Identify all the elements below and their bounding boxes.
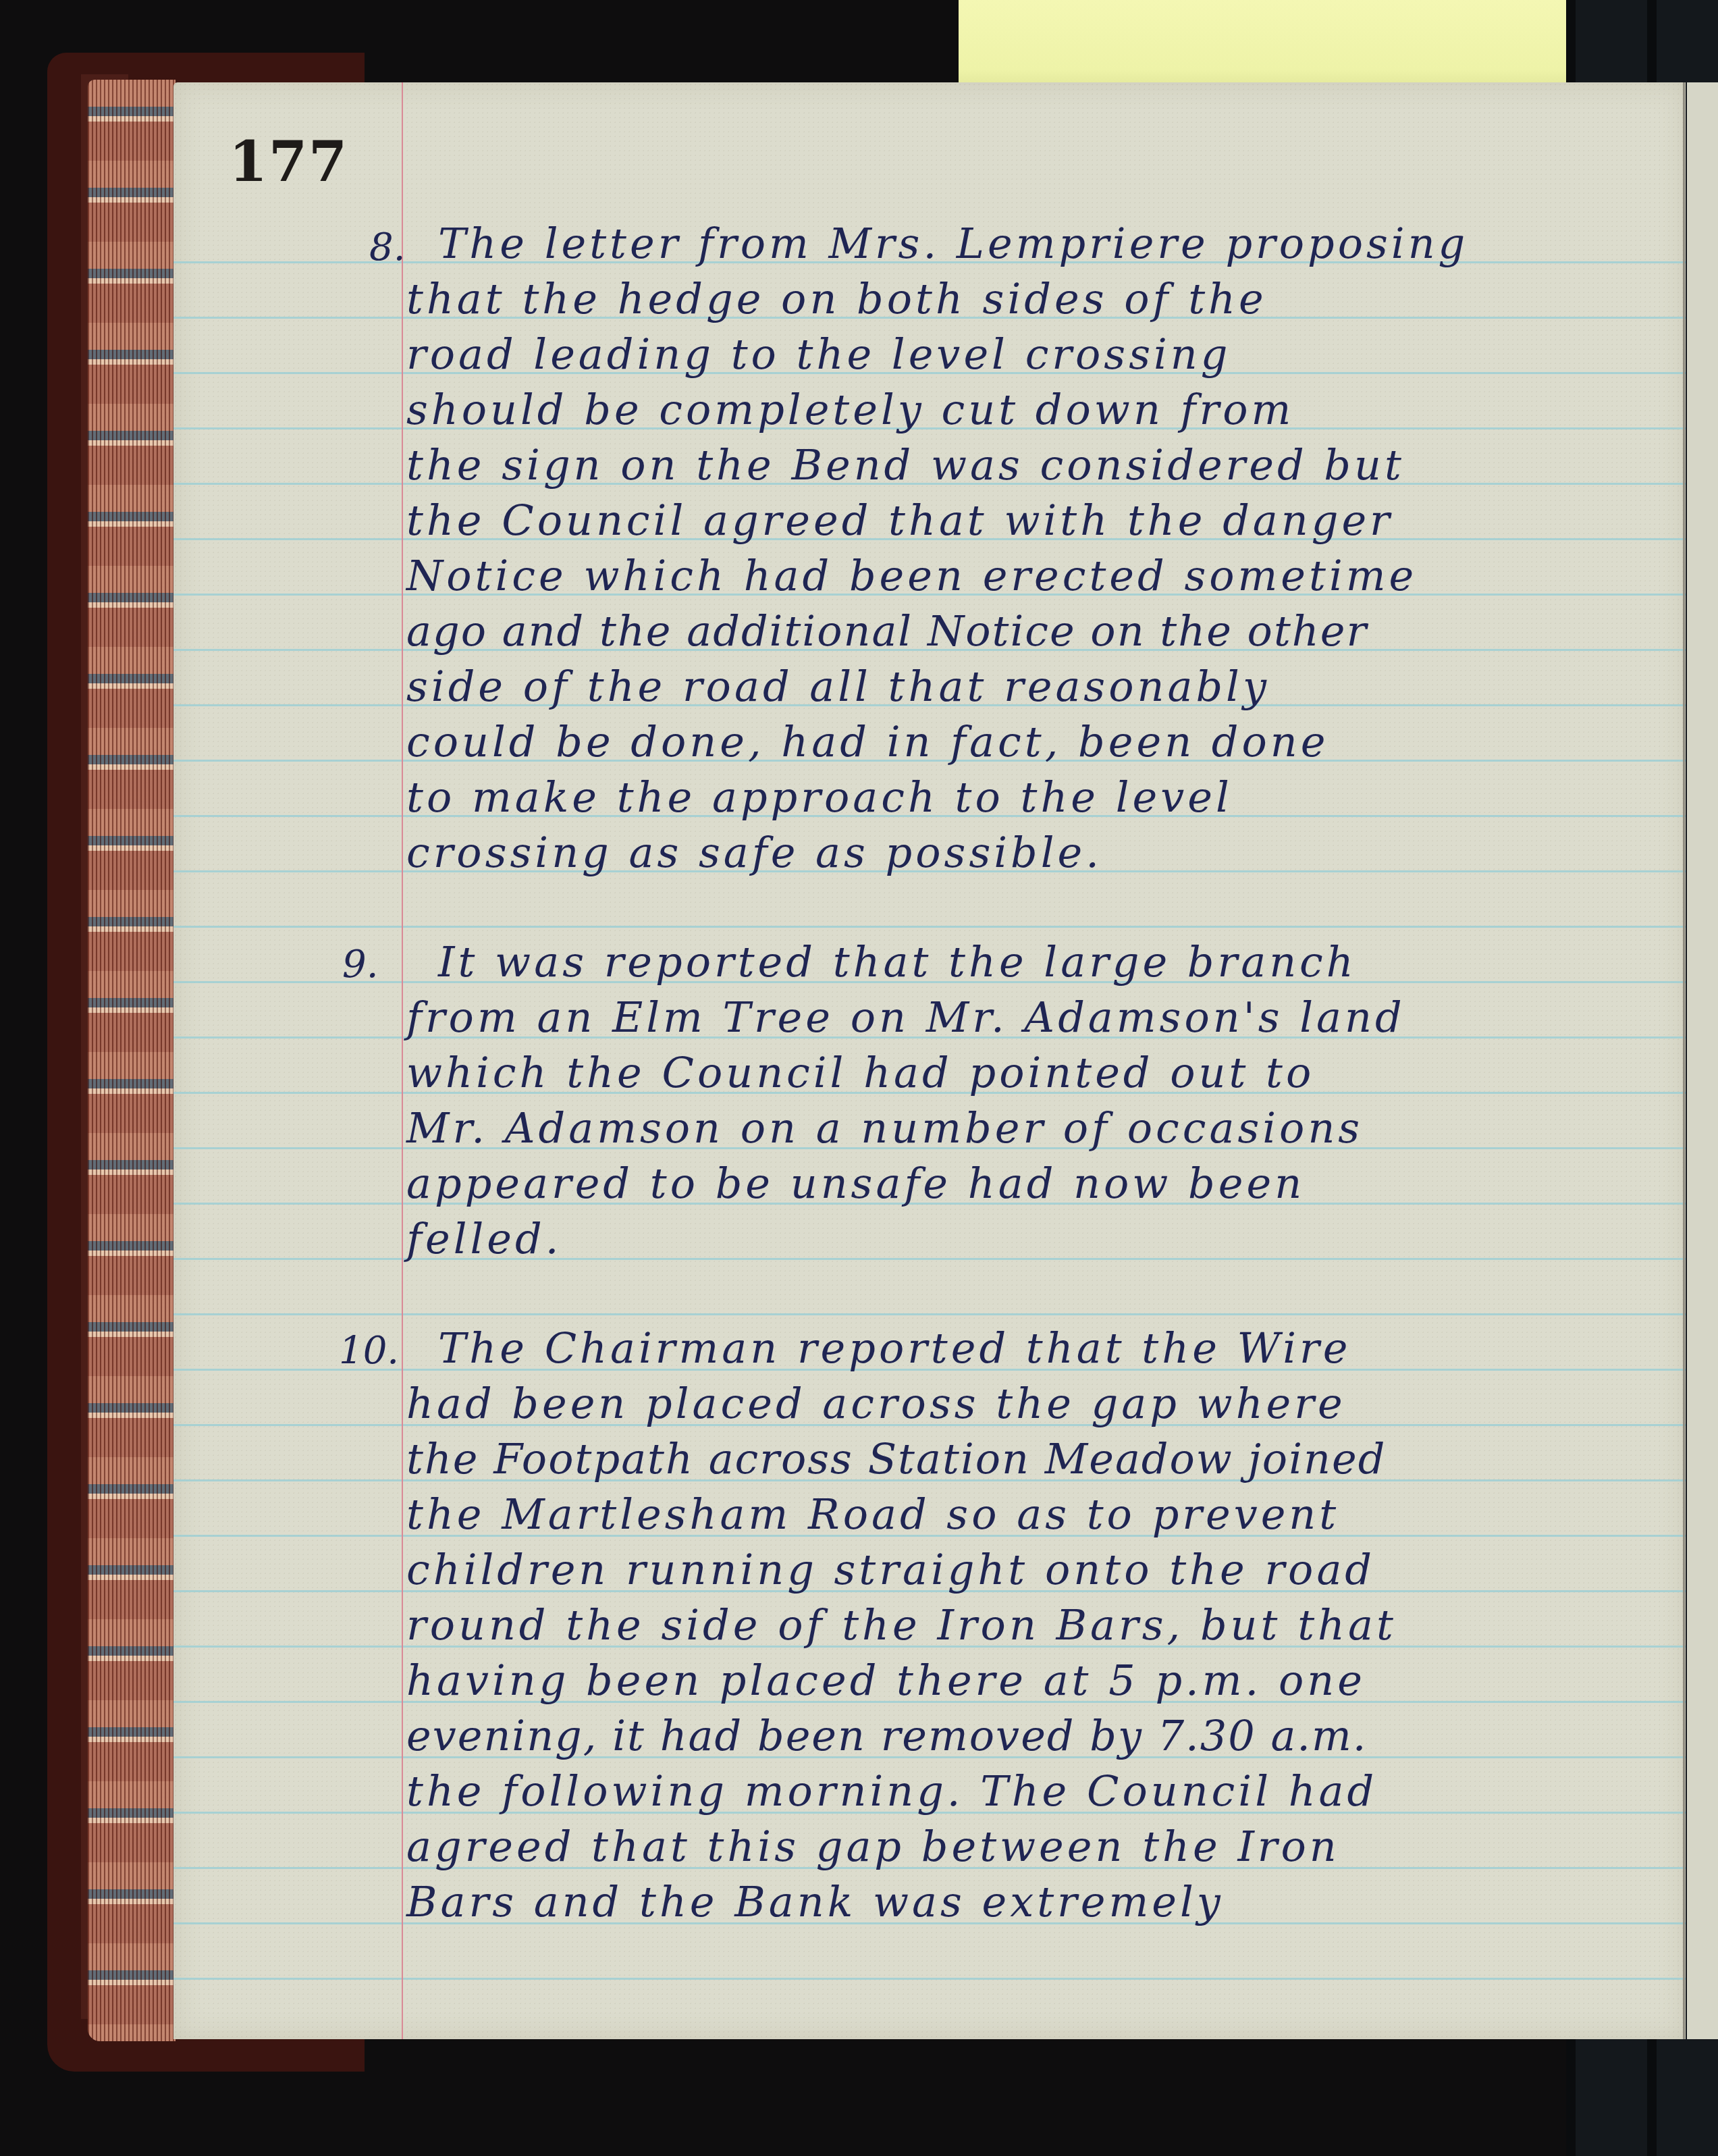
ruled-line (173, 1978, 1686, 1980)
item-number: 10. (339, 1329, 399, 1373)
minute-line: the Footpath across Station Meadow joine… (406, 1438, 1386, 1480)
minute-line: evening, it had been removed by 7.30 a.m… (406, 1715, 1368, 1757)
minute-line: from an Elm Tree on Mr. Adamson's land (406, 997, 1405, 1038)
minute-line: appeared to be unsafe had now been (406, 1163, 1305, 1205)
minute-line: The letter from Mrs. Lempriere proposing (438, 223, 1468, 265)
minute-line: felled. (406, 1218, 562, 1260)
item-number: 8. (369, 226, 405, 269)
minute-line: side of the road all that reasonably (406, 666, 1270, 708)
page-fold-crease (1683, 82, 1685, 2039)
minute-line: Bars and the Bank was extremely (406, 1881, 1224, 1923)
minute-line: that the hedge on both sides of the (406, 278, 1267, 320)
minute-line: crossing as safe as possible. (406, 832, 1102, 874)
minute-line: which the Council had pointed out to (406, 1052, 1314, 1094)
minute-line: the Martlesham Road so as to prevent (406, 1494, 1339, 1535)
minute-line: road leading to the level crossing (406, 334, 1231, 375)
marbled-page-edges (88, 80, 176, 2041)
minute-line: could be done, had in fact, been done (406, 721, 1328, 763)
ruled-line (173, 926, 1686, 928)
adjacent-page-edge (1687, 82, 1718, 2039)
minute-line: ago and the additional Notice on the oth… (406, 610, 1368, 652)
red-margin-line (402, 82, 403, 2039)
minute-line: children running straight onto the road (406, 1549, 1375, 1591)
minute-line: the following morning. The Council had (406, 1770, 1377, 1812)
minute-line: The Chairman reported that the Wire (438, 1327, 1351, 1369)
minute-line: the sign on the Bend was considered but (406, 444, 1405, 486)
page-number: 177 (229, 130, 348, 194)
sticky-note-tab (959, 0, 1566, 86)
item-number: 9. (342, 943, 378, 987)
minute-line: agreed that this gap between the Iron (406, 1826, 1340, 1868)
minute-line: having been placed there at 5 p.m. one (406, 1660, 1366, 1702)
ruled-line (173, 1258, 1686, 1260)
minute-line: should be completely cut down from (406, 389, 1294, 431)
minute-line: had been placed across the gap where (406, 1383, 1346, 1425)
ruled-line (173, 1313, 1686, 1315)
minute-line: Mr. Adamson on a number of occasions (406, 1107, 1363, 1149)
minute-line: round the side of the Iron Bars, but tha… (406, 1604, 1397, 1646)
minute-line: to make the approach to the level (406, 777, 1233, 818)
minute-line: It was reported that the large branch (438, 941, 1357, 983)
minute-line: Notice which had been erected sometime (406, 555, 1417, 597)
ledger-page: 177 8. The letter from Mrs. Lempriere pr… (173, 82, 1686, 2039)
minute-line: the Council agreed that with the danger (406, 500, 1393, 542)
